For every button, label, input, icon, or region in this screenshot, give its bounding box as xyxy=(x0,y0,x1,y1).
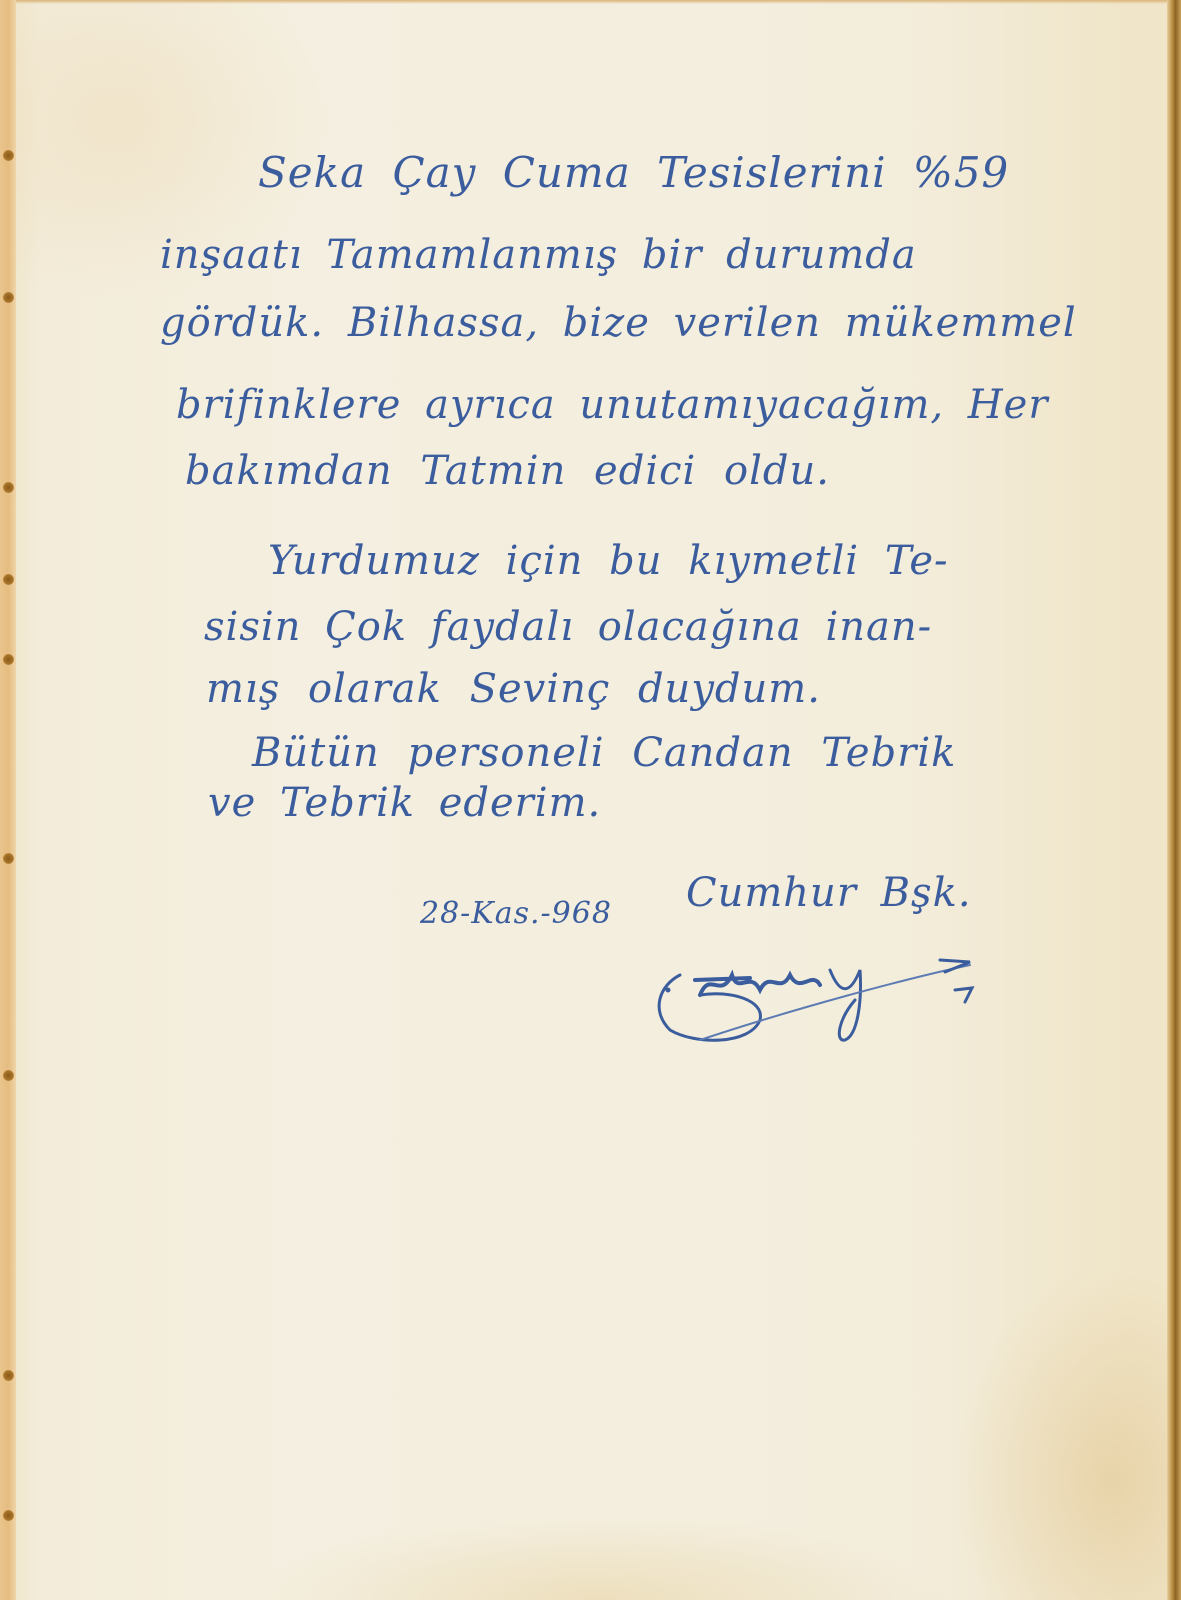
binding-spine xyxy=(0,0,16,1600)
handwritten-line-5: bakımdan Tatmin edici oldu. xyxy=(185,448,830,494)
handwritten-line-10: ve Tebrik ederim. xyxy=(208,780,601,826)
signer-title: Cumhur Bşk. xyxy=(686,870,972,916)
signature-mark xyxy=(640,940,1000,1050)
binding-hole xyxy=(3,1370,14,1381)
handwritten-line-2: inşaatı Tamamlanmış bir durumda xyxy=(160,232,917,278)
handwritten-line-1: Seka Çay Cuma Tesislerini %59 xyxy=(258,148,1009,197)
page-top-edge xyxy=(0,0,1181,4)
binding-hole xyxy=(3,150,14,161)
handwritten-line-8: mış olarak Sevinç duydum. xyxy=(206,666,821,712)
page-right-edge xyxy=(1167,0,1181,1600)
binding-hole xyxy=(3,482,14,493)
handwritten-line-9: Bütün personeli Candan Tebrik xyxy=(252,730,956,776)
binding-hole xyxy=(3,654,14,665)
handwritten-line-6: Yurdumuz için bu kıymetli Te- xyxy=(268,538,949,584)
binding-hole xyxy=(3,1510,14,1521)
closing-date: 28-Kas.-968 xyxy=(420,896,612,931)
binding-hole xyxy=(3,853,14,864)
binding-hole xyxy=(3,292,14,303)
binding-hole xyxy=(3,1070,14,1081)
handwritten-line-3: gördük. Bilhassa, bize verilen mükemmel xyxy=(160,300,1077,346)
handwritten-line-7: sisin Çok faydalı olacağına inan- xyxy=(204,604,932,650)
notebook-page: Seka Çay Cuma Tesislerini %59 inşaatı Ta… xyxy=(0,0,1181,1600)
binding-hole xyxy=(3,574,14,585)
handwritten-line-4: brifinklere ayrıca unutamıyacağım, Her xyxy=(176,382,1048,428)
